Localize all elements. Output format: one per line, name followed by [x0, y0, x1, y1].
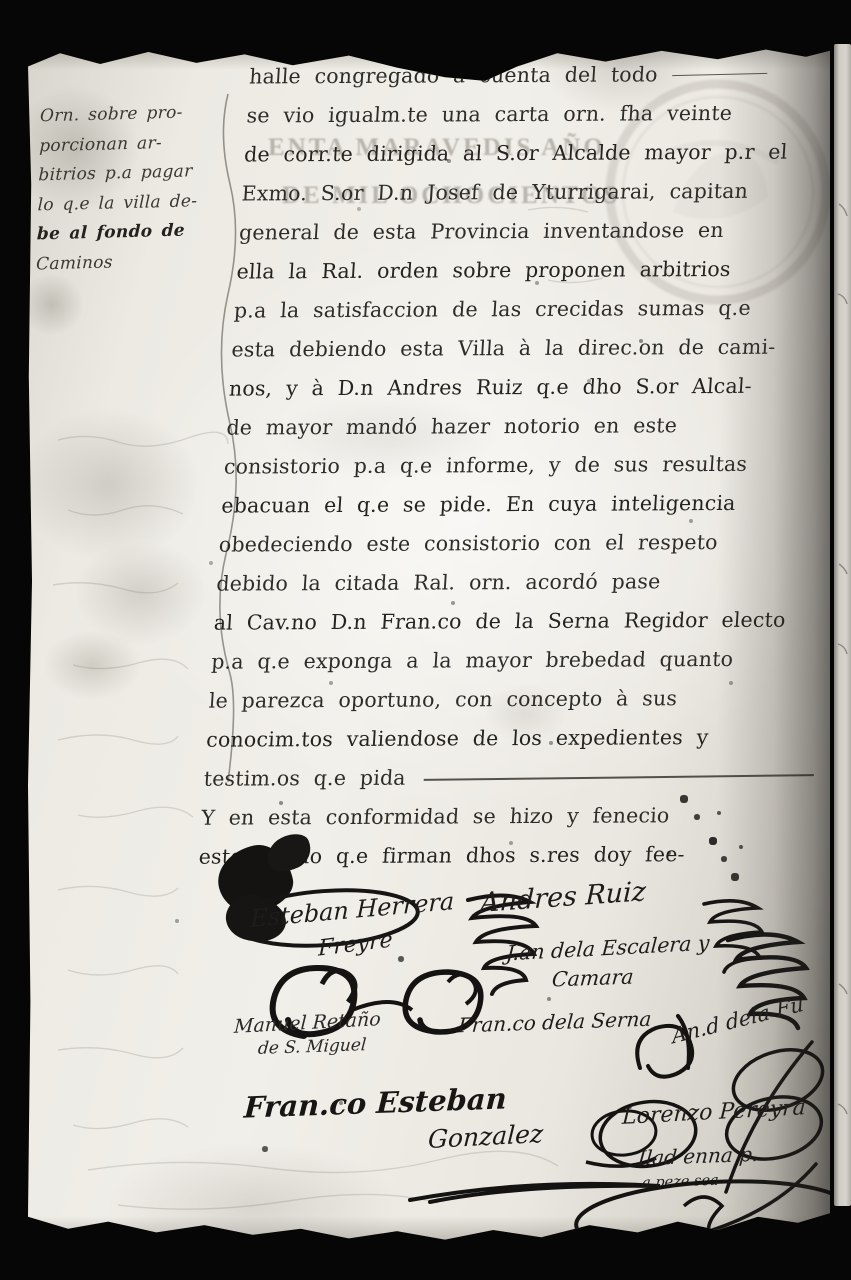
- margin-note-line: Orn. sobre pro-: [40, 98, 223, 132]
- manuscript-scan: ENTA MARAVEDIS AÑO DE MIL OCHOCIENTOS: [0, 0, 851, 1280]
- signature-retano-miguel: de S. Miguel: [257, 1035, 367, 1059]
- margin-note-line: be al fondo de: [36, 216, 219, 250]
- body-line: de mayor mandó hazer notorio en este: [225, 405, 838, 447]
- body-line: obedeciendo este consistorio con el resp…: [218, 522, 831, 564]
- body-line: se vio igualm.te una carta orn. fha vein…: [245, 93, 851, 135]
- act-body-text: halle congregado á cuenta del todo se vi…: [198, 54, 851, 876]
- body-line: ella la Ral. orden sobre proponen arbitr…: [235, 249, 848, 291]
- body-line: Exmo. S.or D.n Josef de Yturrigarai, cap…: [240, 171, 851, 213]
- line-end-dash: [672, 73, 767, 76]
- body-line: ebacuan el q.e se pide. En cuya intelige…: [220, 483, 833, 525]
- body-line: debido la citada Ral. orn. acordó pase: [215, 561, 828, 603]
- facing-page-marks: [834, 44, 851, 1206]
- body-line: nos, y à D.n Andres Ruiz q.e dho S.or Al…: [228, 366, 841, 408]
- body-line: general de esta Provincia inventandose e…: [238, 210, 851, 252]
- ink-specks: [28, 40, 30, 42]
- margin-note-line: porcionan ar-: [39, 127, 222, 161]
- margin-note-line: bitrios p.a pagar: [38, 157, 221, 191]
- body-line: esta debiendo esta Villa à la direc.on d…: [230, 327, 843, 369]
- body-line: halle congregado á cuenta del todo: [248, 54, 851, 96]
- serna-rubric-loop: [620, 998, 712, 1090]
- body-line: le parezca oportuno, con concepto à sus: [208, 678, 821, 720]
- closing-rule: [424, 774, 814, 781]
- margin-note-line: lo q.e la villa de-: [37, 186, 220, 220]
- body-line: al Cav.no D.n Fran.co de la Serna Regido…: [213, 600, 826, 642]
- body-line: p.a la satisfaccion de las crecidas suma…: [233, 288, 846, 330]
- bottom-grand-flourish: [564, 1140, 851, 1264]
- facing-page-edge: [834, 44, 851, 1206]
- manuscript-page: ENTA MARAVEDIS AÑO DE MIL OCHOCIENTOS: [28, 40, 830, 1242]
- signature-escalera-camara: Camara: [551, 965, 635, 992]
- margin-summary-note: Orn. sobre pro- porcionan ar- bitrios p.…: [36, 98, 223, 280]
- body-line: este cav.do q.e firman dhos s.res doy fe…: [198, 835, 811, 877]
- signature-andres-ruiz: Andres Ruiz: [480, 876, 647, 919]
- body-line: Y en esta conformidad se hizo y fenecio: [200, 796, 813, 838]
- body-line: testim.os q.e pida: [203, 757, 816, 799]
- margin-note-line: Caminos: [36, 245, 219, 279]
- body-line: consistorio p.a q.e informe, y de sus re…: [223, 444, 836, 486]
- body-line: conocim.tos valiendose de los expediente…: [205, 717, 818, 759]
- body-line: p.a q.e exponga a la mayor brebedad quan…: [210, 639, 823, 681]
- body-line: de corr.te dirigida al S.or Alcalde mayo…: [243, 132, 851, 174]
